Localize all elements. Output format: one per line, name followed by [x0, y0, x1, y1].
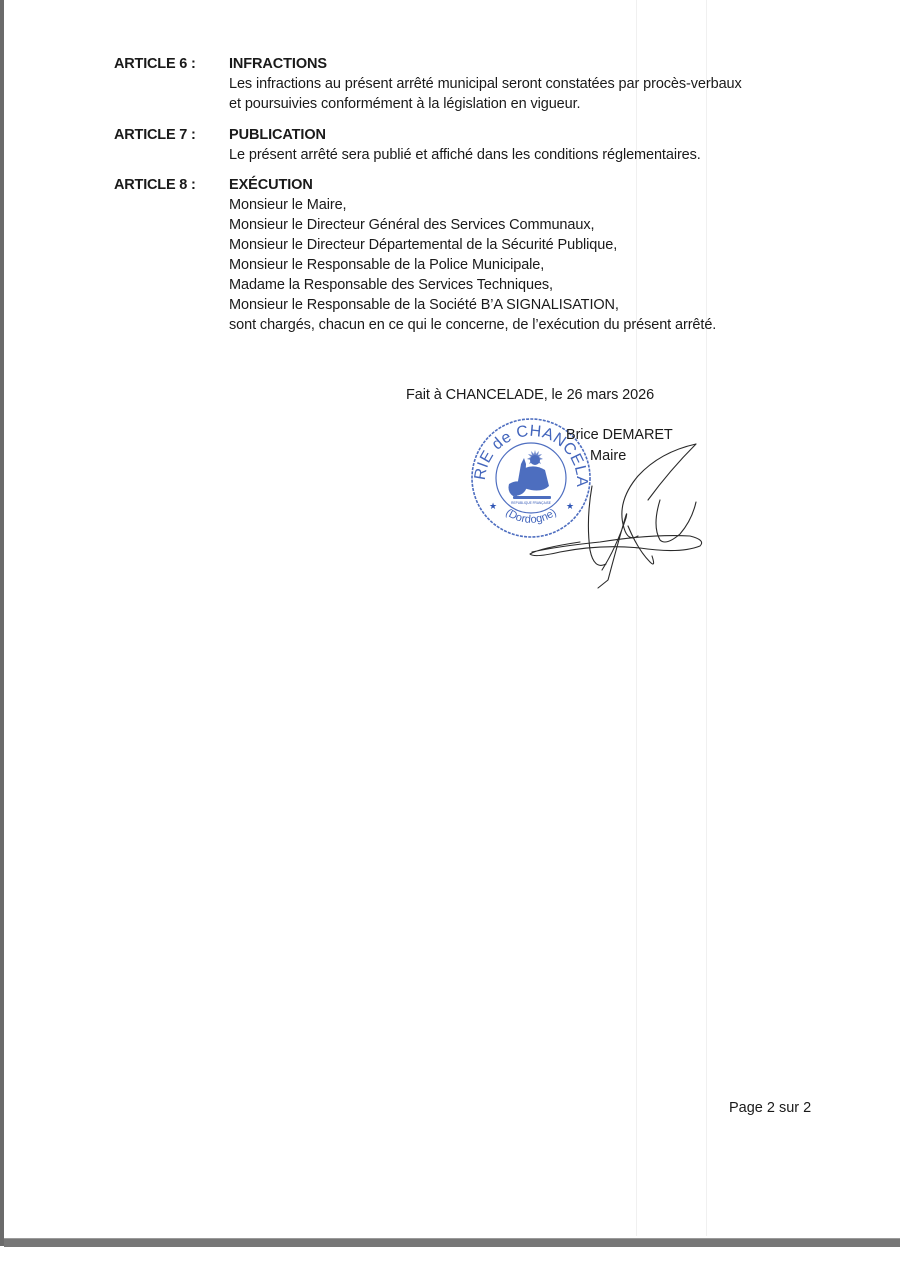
article-line: Monsieur le Directeur Départemental de l…: [229, 235, 829, 255]
article-line: Monsieur le Responsable de la Société B’…: [229, 295, 829, 315]
page-number: Page 2 sur 2: [729, 1098, 811, 1118]
article-label: ARTICLE 7 :: [114, 125, 196, 145]
svg-text:★: ★: [489, 502, 497, 512]
article-line: Madame la Responsable des Services Techn…: [229, 275, 829, 295]
page-edge-bottom: [4, 1238, 900, 1247]
article-title: EXÉCUTION: [229, 175, 829, 195]
article-title: PUBLICATION: [229, 125, 829, 145]
article-line: et poursuivies conformément à la législa…: [229, 94, 829, 114]
article-body: EXÉCUTION Monsieur le Maire, Monsieur le…: [229, 175, 829, 335]
page-edge-left: [0, 0, 4, 1246]
article-body: INFRACTIONS Les infractions au présent a…: [229, 54, 829, 114]
handwritten-signature-icon: [520, 430, 720, 600]
article-label: ARTICLE 6 :: [114, 54, 196, 74]
article-label: ARTICLE 8 :: [114, 175, 196, 195]
article-line: Monsieur le Directeur Général des Servic…: [229, 215, 829, 235]
place-and-date: Fait à CHANCELADE, le 26 mars 2026: [406, 385, 654, 405]
article-line: Le présent arrêté sera publié et affiché…: [229, 145, 829, 165]
article-title: INFRACTIONS: [229, 54, 829, 74]
article-line: Monsieur le Maire,: [229, 195, 829, 215]
article-line: Les infractions au présent arrêté munici…: [229, 74, 829, 94]
article-line: Monsieur le Responsable de la Police Mun…: [229, 255, 829, 275]
article-line: sont chargés, chacun en ce qui le concer…: [229, 315, 829, 335]
article-body: PUBLICATION Le présent arrêté sera publi…: [229, 125, 829, 165]
